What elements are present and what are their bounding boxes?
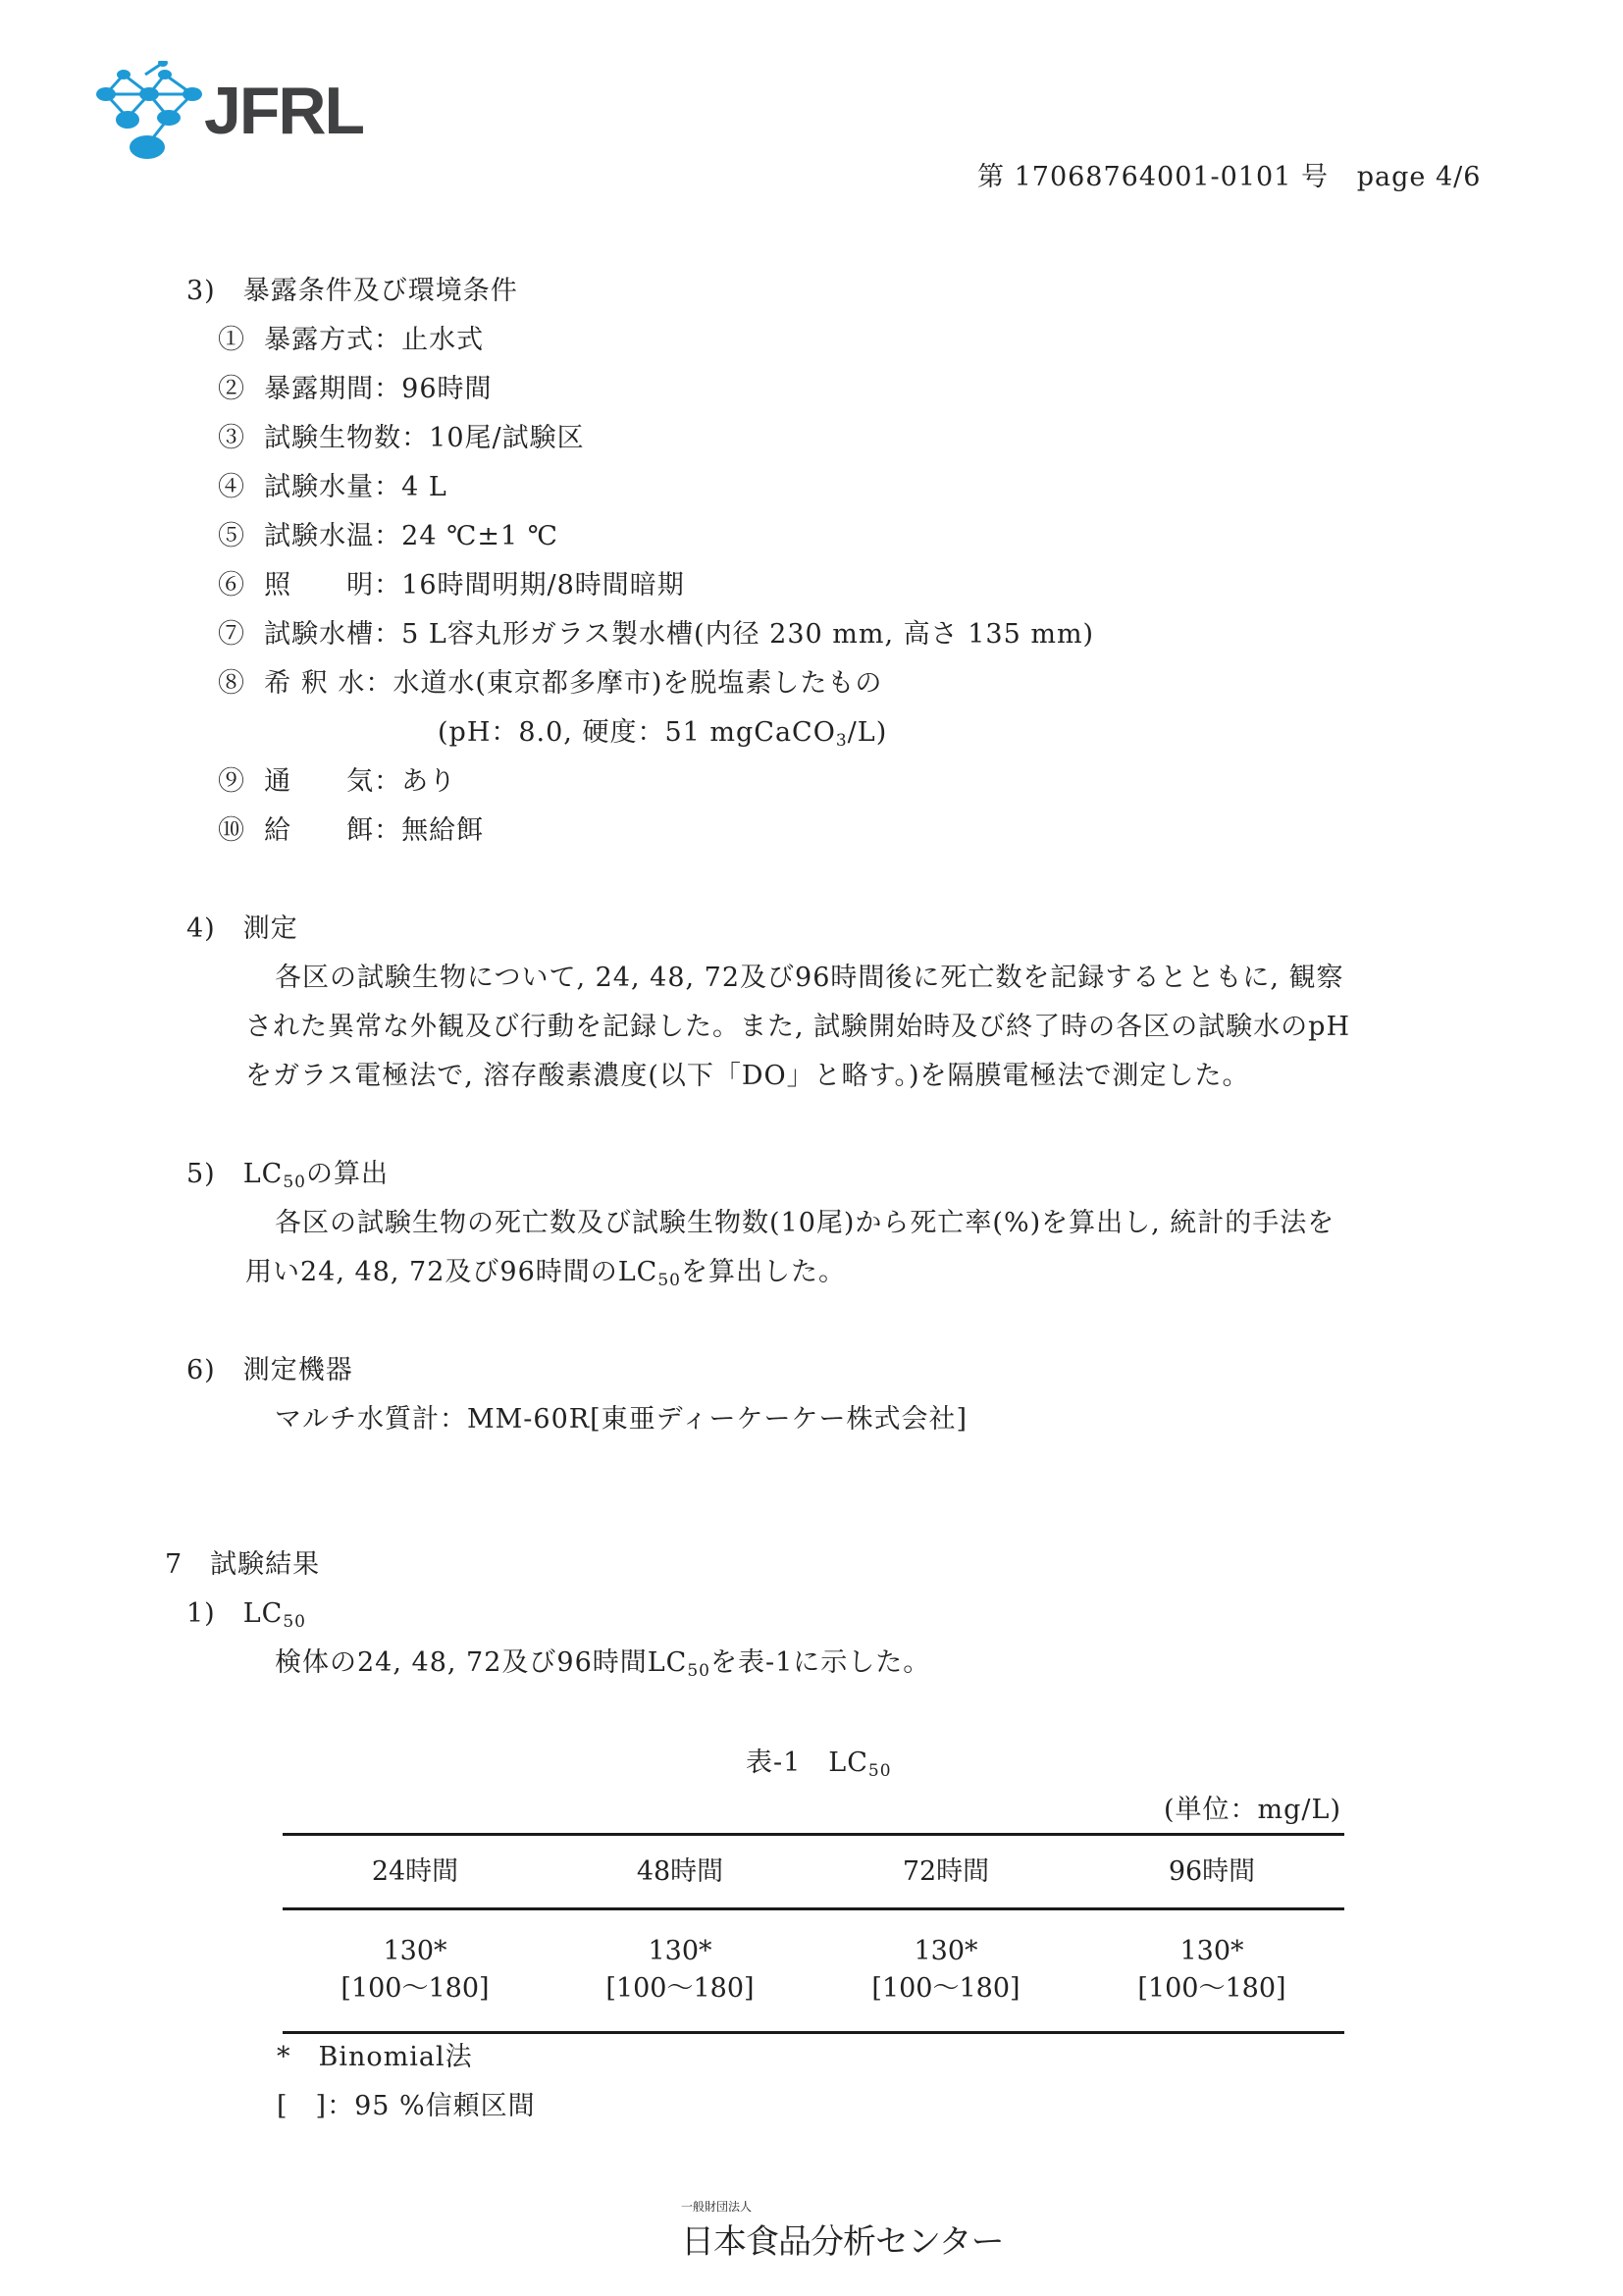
table-header-cell: 48時間 xyxy=(548,1853,812,1891)
item-label: 照 明 xyxy=(264,570,374,600)
item-value: 24 ℃±1 ℃ xyxy=(401,521,558,551)
footer-org-name: 日本食品分析センター xyxy=(681,2215,1004,2263)
item-number: ⑨ xyxy=(218,766,245,797)
item-label: 試験水温 xyxy=(264,521,374,551)
section-5-paragraph-line: 用い24, 48, 72及び96時間のLC50を算出した。 xyxy=(245,1256,846,1289)
item-label: 給 餌 xyxy=(264,815,374,846)
instrument-line: マルチ水質計：MM-60R[東亜ディーケーケー株式会社] xyxy=(275,1403,968,1436)
item-number: ① xyxy=(218,325,245,355)
subscript: 50 xyxy=(687,1661,710,1681)
table-value-cell: 130* xyxy=(813,1933,1078,1970)
condition-item: ⑥ 照 明：16時間明期/8時間暗期 xyxy=(218,569,685,602)
report-number: 第 17068764001-0101 号 page 4/6 xyxy=(977,161,1481,194)
table-top-rule xyxy=(283,1833,1344,1836)
title-text: 5) LC xyxy=(186,1159,283,1189)
section-4-paragraph-line: 各区の試験生物について, 24, 48, 72及び96時間後に死亡数を記録すると… xyxy=(275,962,1344,995)
section-5-title: 5) LC50の算出 xyxy=(186,1158,389,1191)
table-note-confidence: [ ]：95 %信頼区間 xyxy=(277,2090,536,2123)
item-value: あり xyxy=(401,766,456,797)
table-range-cell: [100～180] xyxy=(1079,1970,1344,2008)
report-no-value: 17068764001-0101 xyxy=(1015,162,1292,192)
item-number: ⑦ xyxy=(218,619,245,650)
item-value: 4 L xyxy=(401,472,447,502)
table-caption: 表-1 LC50 xyxy=(746,1747,892,1780)
subtitle-text: 1) LC xyxy=(186,1598,283,1629)
separator: ： xyxy=(374,472,401,502)
table-note-binomial: * Binomial法 xyxy=(277,2041,473,2074)
section-7-line: 検体の24, 48, 72及び96時間LC50を表-1に示した。 xyxy=(275,1646,930,1680)
condition-item: ① 暴露方式：止水式 xyxy=(218,324,484,357)
item-number: ② xyxy=(218,374,245,404)
condition-item: ② 暴露期間：96時間 xyxy=(218,373,493,406)
condition-item: ⑤ 試験水温：24 ℃±1 ℃ xyxy=(218,520,558,553)
item-number: ③ xyxy=(218,423,245,453)
separator: ： xyxy=(365,668,393,699)
separator: ： xyxy=(374,374,401,404)
table-header-cell: 96時間 xyxy=(1079,1853,1344,1891)
table-unit: (単位：mg/L) xyxy=(1164,1794,1341,1827)
separator: ： xyxy=(374,815,401,846)
item-value: 96時間 xyxy=(401,374,492,404)
condition-item: ⑨ 通 気：あり xyxy=(218,765,456,799)
section-5-paragraph-line: 各区の試験生物の死亡数及び試験生物数(10尾)から死亡率(%)を算出し, 統計的… xyxy=(275,1207,1335,1240)
subscript: 50 xyxy=(657,1271,681,1290)
item-value: 水道水(東京都多摩市)を脱塩素したもの xyxy=(393,668,882,699)
separator: ： xyxy=(374,521,401,551)
item-label: 試験生物数 xyxy=(264,423,401,453)
paragraph-text: 検体の24, 48, 72及び96時間LC xyxy=(275,1647,687,1678)
footer-org-type: 一般財団法人 xyxy=(681,2198,1004,2215)
dilution-water-detail: (pH：8.0, 硬度：51 mgCaCO3/L) xyxy=(438,716,887,750)
table-value-cell: 130* xyxy=(548,1933,812,1970)
condition-item: ⑩ 給 餌：無給餌 xyxy=(218,814,484,848)
section-4-paragraph-line: をガラス電極法で, 溶存酸素濃度(以下「DO」と略す。)を隔膜電極法で測定した。 xyxy=(245,1060,1250,1093)
item-label: 暴露方式 xyxy=(264,325,374,355)
table-value-cell: 130* xyxy=(1079,1933,1344,1970)
item-number: ⑤ xyxy=(218,521,245,551)
page-indicator: page 4/6 xyxy=(1357,162,1482,192)
separator: ： xyxy=(401,423,429,453)
item-number: ④ xyxy=(218,472,245,502)
table-range-cell: [100～180] xyxy=(813,1970,1078,2008)
separator: ： xyxy=(374,619,401,650)
item-value: 止水式 xyxy=(401,325,484,355)
table-range-cell: [100～180] xyxy=(548,1970,812,2008)
section-7-title: 7 試験結果 xyxy=(165,1548,320,1582)
table-header-rule xyxy=(283,1907,1344,1910)
condition-item: ④ 試験水量：4 L xyxy=(218,471,447,504)
title-text: の算出 xyxy=(306,1159,389,1189)
item-number: ⑩ xyxy=(218,815,245,846)
section-6-title: 6) 測定機器 xyxy=(186,1354,353,1387)
item-value: 16時間明期/8時間暗期 xyxy=(401,570,685,600)
section-7-subtitle: 1) LC50 xyxy=(186,1597,306,1631)
item-value: 無給餌 xyxy=(401,815,484,846)
item-number: ⑥ xyxy=(218,570,245,600)
report-no-suffix: 号 xyxy=(1301,162,1329,192)
item-label: 試験水量 xyxy=(264,472,374,502)
section-4-paragraph-line: された異常な外観及び行動を記録した。また, 試験開始時及び終了時の各区の試験水の… xyxy=(245,1011,1350,1044)
caption-text: 表-1 LC xyxy=(746,1748,868,1778)
subscript: 50 xyxy=(868,1761,892,1781)
detail-text: (pH：8.0, 硬度：51 mgCaCO xyxy=(438,717,836,748)
separator: ： xyxy=(374,325,401,355)
network-logo-icon xyxy=(86,61,214,169)
footer-org: 一般財団法人 日本食品分析センター xyxy=(681,2198,1004,2263)
item-value: 10尾/試験区 xyxy=(429,423,584,453)
subscript: 50 xyxy=(283,1173,306,1192)
separator: ： xyxy=(374,766,401,797)
subscript: 50 xyxy=(283,1612,306,1632)
table-bottom-rule xyxy=(283,2031,1344,2034)
report-no-prefix: 第 xyxy=(977,162,1005,192)
paragraph-text: を算出した。 xyxy=(681,1257,846,1287)
table-header-cell: 24時間 xyxy=(283,1853,548,1891)
item-value: 5 L容丸形ガラス製水槽(内径 230 mm, 高さ 135 mm) xyxy=(401,619,1094,650)
item-number: ⑧ xyxy=(218,668,245,699)
table-header-cell: 72時間 xyxy=(813,1853,1078,1891)
condition-item: ⑧ 希 釈 水：水道水(東京都多摩市)を脱塩素したもの xyxy=(218,667,882,701)
separator: ： xyxy=(374,570,401,600)
item-label: 暴露期間 xyxy=(264,374,374,404)
section-4-title: 4) 測定 xyxy=(186,913,298,946)
condition-item: ⑦ 試験水槽：5 L容丸形ガラス製水槽(内径 230 mm, 高さ 135 mm… xyxy=(218,618,1094,652)
section-3-title: 3) 暴露条件及び環境条件 xyxy=(186,275,518,308)
item-label: 試験水槽 xyxy=(264,619,374,650)
subscript: 3 xyxy=(836,731,848,751)
paragraph-text: 用い24, 48, 72及び96時間のLC xyxy=(245,1257,657,1287)
paragraph-text: を表-1に示した。 xyxy=(710,1647,930,1678)
jfrl-logo: JFRL xyxy=(86,61,400,169)
table-range-cell: [100～180] xyxy=(283,1970,548,2008)
detail-text: /L) xyxy=(848,717,888,748)
table-value-cell: 130* xyxy=(283,1933,548,1970)
item-label: 通 気 xyxy=(264,766,374,797)
item-label: 希 釈 水 xyxy=(264,668,365,699)
logo-text: JFRL xyxy=(204,73,363,149)
condition-item: ③ 試験生物数：10尾/試験区 xyxy=(218,422,585,455)
